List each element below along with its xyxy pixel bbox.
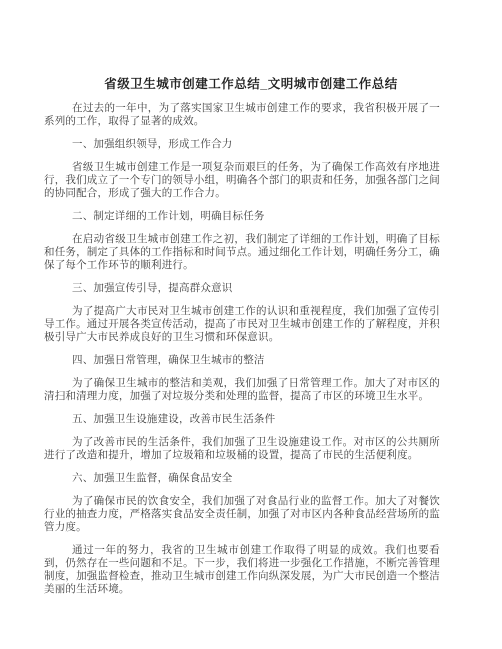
section-6-paragraph: 为了确保市民的饮食安全，我们加强了对食品行业的监督工作。加大了对餐饮行业的抽查力…	[44, 495, 440, 534]
section-2-heading: 二、制定详细的工作计划，明确目标任务	[44, 210, 440, 223]
section-2-paragraph: 在启动省级卫生城市创建工作之初，我们制定了详细的工作计划，明确了目标和任务，制定…	[44, 233, 440, 272]
intro-paragraph: 在过去的一年中，为了落实国家卫生城市创建工作的要求，我省积极开展了一系列的工作，…	[44, 102, 440, 128]
section-4-paragraph: 为了确保卫生城市的整洁和美观，我们加强了日常管理工作。加大了对市区的清扫和清理力…	[44, 377, 440, 403]
section-5-paragraph: 为了改善市民的生活条件，我们加强了卫生设施建设工作。对市区的公共厕所进行了改造和…	[44, 436, 440, 462]
section-4-heading: 四、加强日常管理，确保卫生城市的整洁	[44, 354, 440, 367]
doc-title: 省级卫生城市创建工作总结_文明城市创建工作总结	[0, 76, 502, 92]
section-1-heading: 一、加强组织领导，形成工作合力	[44, 138, 440, 151]
closing-paragraph: 通过一年的努力，我省的卫生城市创建工作取得了明显的成效。我们也要看到，仍然存在一…	[44, 544, 440, 596]
section-5-heading: 五、加强卫生设施建设，改善市民生活条件	[44, 413, 440, 426]
section-3-heading: 三、加强宣传引导，提高群众意识	[44, 282, 440, 295]
section-1-paragraph: 省级卫生城市创建工作是一项复杂而艰巨的任务，为了确保工作高效有序地进行，我们成立…	[44, 161, 440, 200]
section-3-paragraph: 为了提高广大市民对卫生城市创建工作的认识和重视程度，我们加强了宣传引导工作。通过…	[44, 305, 440, 344]
section-6-heading: 六、加强卫生监督，确保食品安全	[44, 472, 440, 485]
document-page: 省级卫生城市创建工作总结_文明城市创建工作总结 在过去的一年中，为了落实国家卫生…	[0, 0, 502, 649]
